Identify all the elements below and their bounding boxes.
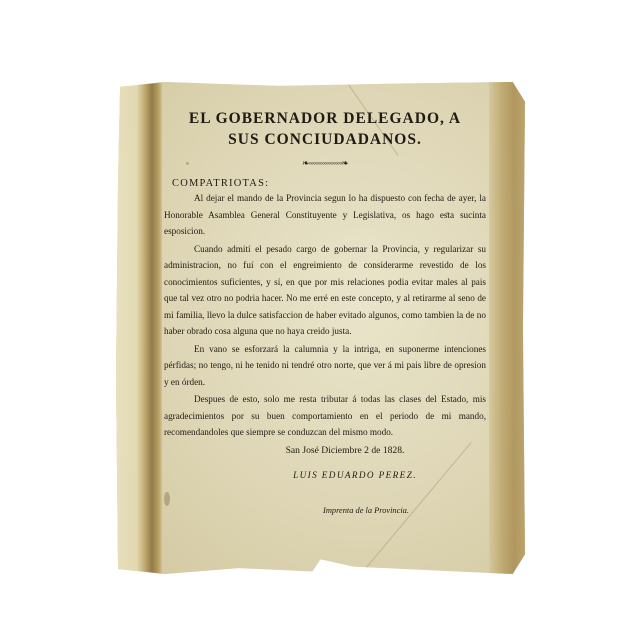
right-stained-edge [489,82,525,574]
document-paper: EL GOBERNADOR DELEGADO, A SUS CONCIUDADA… [116,82,525,574]
salutation: COMPATRIOTAS: [172,178,486,189]
document-content: EL GOBERNADOR DELEGADO, A SUS CONCIUDADA… [164,102,486,515]
paragraph: Cuando admití el pesado cargo de goberna… [164,241,486,340]
document-title: EL GOBERNADOR DELEGADO, A SUS CONCIUDADA… [164,108,486,150]
paragraph: En vano se esforzará la calumnia y la in… [164,341,486,391]
ornament-divider: ❧◦◦◦◦◦◦◦◦◦◦◦◦◦◦◦❧ [164,158,486,169]
printer-imprint: Imprenta de la Provincia. [164,506,486,515]
paragraph: Despues de esto, solo me resta tributar … [164,391,486,441]
paragraph: Al dejar el mando de la Provincia segun … [164,190,486,240]
left-stained-fold [116,82,162,574]
title-line-1: EL GOBERNADOR DELEGADO, A [164,108,486,129]
date-line: San José Diciembre 2 de 1828. [164,445,486,456]
signature: LUIS EDUARDO PEREZ. [164,470,486,480]
title-line-2: SUS CONCIUDADANOS. [164,129,486,150]
